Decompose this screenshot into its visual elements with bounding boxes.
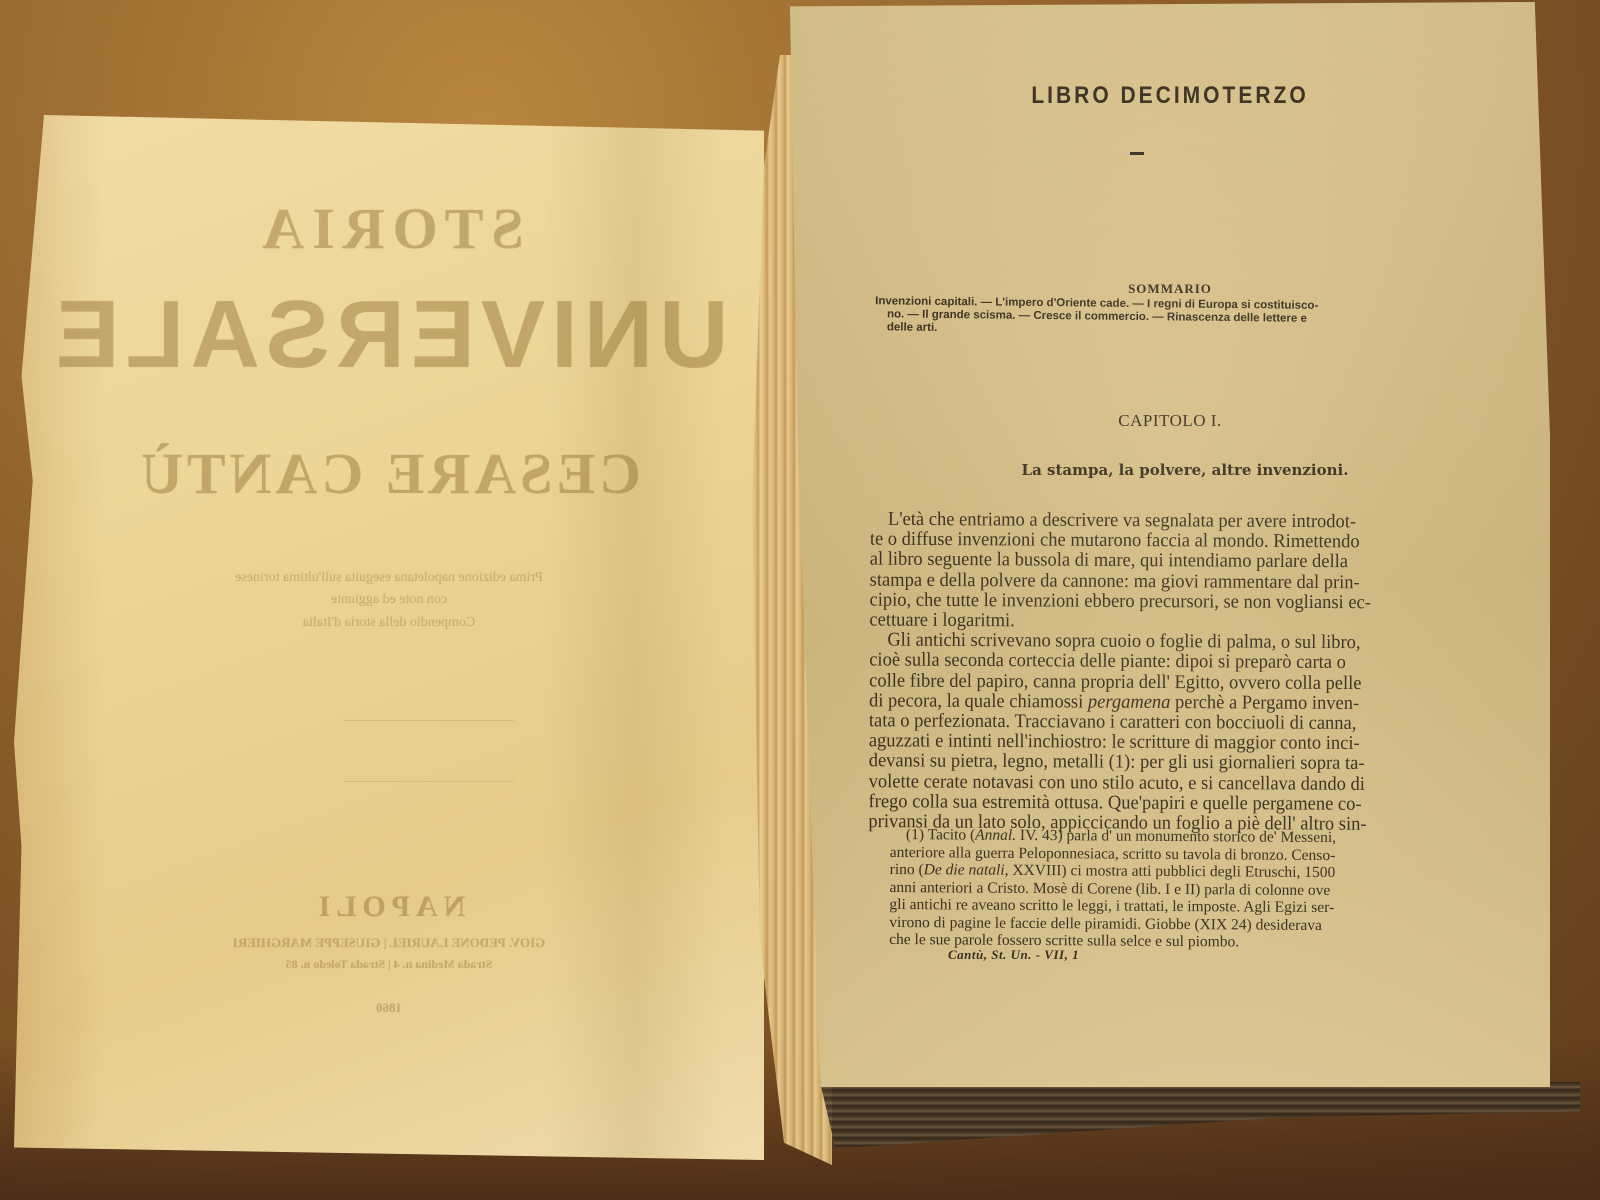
title-separator <box>1130 152 1144 155</box>
bleed-through-city: NAPOLI <box>14 890 764 924</box>
publisher-2: GIUSEPPE MARGHIERI <box>233 935 381 950</box>
book-title: LIBRO DECIMOTERZO <box>790 82 1550 110</box>
bleed-through-addresses: Strada Medina n. 4 | Strada Toledo n. 85 <box>14 957 764 972</box>
chapter-title: La stampa, la polvere, altre invenzioni. <box>790 461 1550 479</box>
summary-text: Invenzioni capitali. — L'impero d'Orient… <box>875 295 1395 339</box>
bleed-through-title-universale: UNIVERSALE <box>14 280 764 390</box>
running-footer: Cantù, St. Un. - VII, 1 <box>948 947 1079 963</box>
bleed-through-publishers: GIOV. PEDONE LAURIEL | GIUSEPPE MARGHIER… <box>14 935 764 951</box>
bleed-through-subtitle-2: con note ed aggiunte <box>14 592 764 608</box>
bleed-through-title-storia: STORIA <box>14 195 764 262</box>
body-text: L'età che entriamo a descrivere va segna… <box>868 510 1456 836</box>
chapter-page: LIBRO DECIMOTERZO SOMMARIO Invenzioni ca… <box>790 2 1550 1087</box>
footnote: (1) Tacito (Annal. IV. 43) parla d' un m… <box>889 826 1450 952</box>
publisher-1: GIOV. PEDONE LAURIEL <box>390 935 545 950</box>
bleed-through-box <box>344 720 514 782</box>
bleed-through-subtitle-1: Prima edizione napoletana eseguita sull'… <box>14 570 764 586</box>
bleed-through-year: 1860 <box>14 1000 764 1016</box>
publisher-address-2: Strada Toledo n. 85 <box>286 957 385 971</box>
bleed-through-subtitle-3: Compendio della storia d'Italia <box>14 615 764 631</box>
title-page-verso: STORIA UNIVERSALE CESARE CANTÙ Prima edi… <box>14 115 764 1160</box>
chapter-heading: CAPITOLO I. <box>790 411 1550 431</box>
publisher-address-1: Strada Medina n. 4 <box>394 957 493 971</box>
bleed-through-author: CESARE CANTÙ <box>14 440 764 507</box>
